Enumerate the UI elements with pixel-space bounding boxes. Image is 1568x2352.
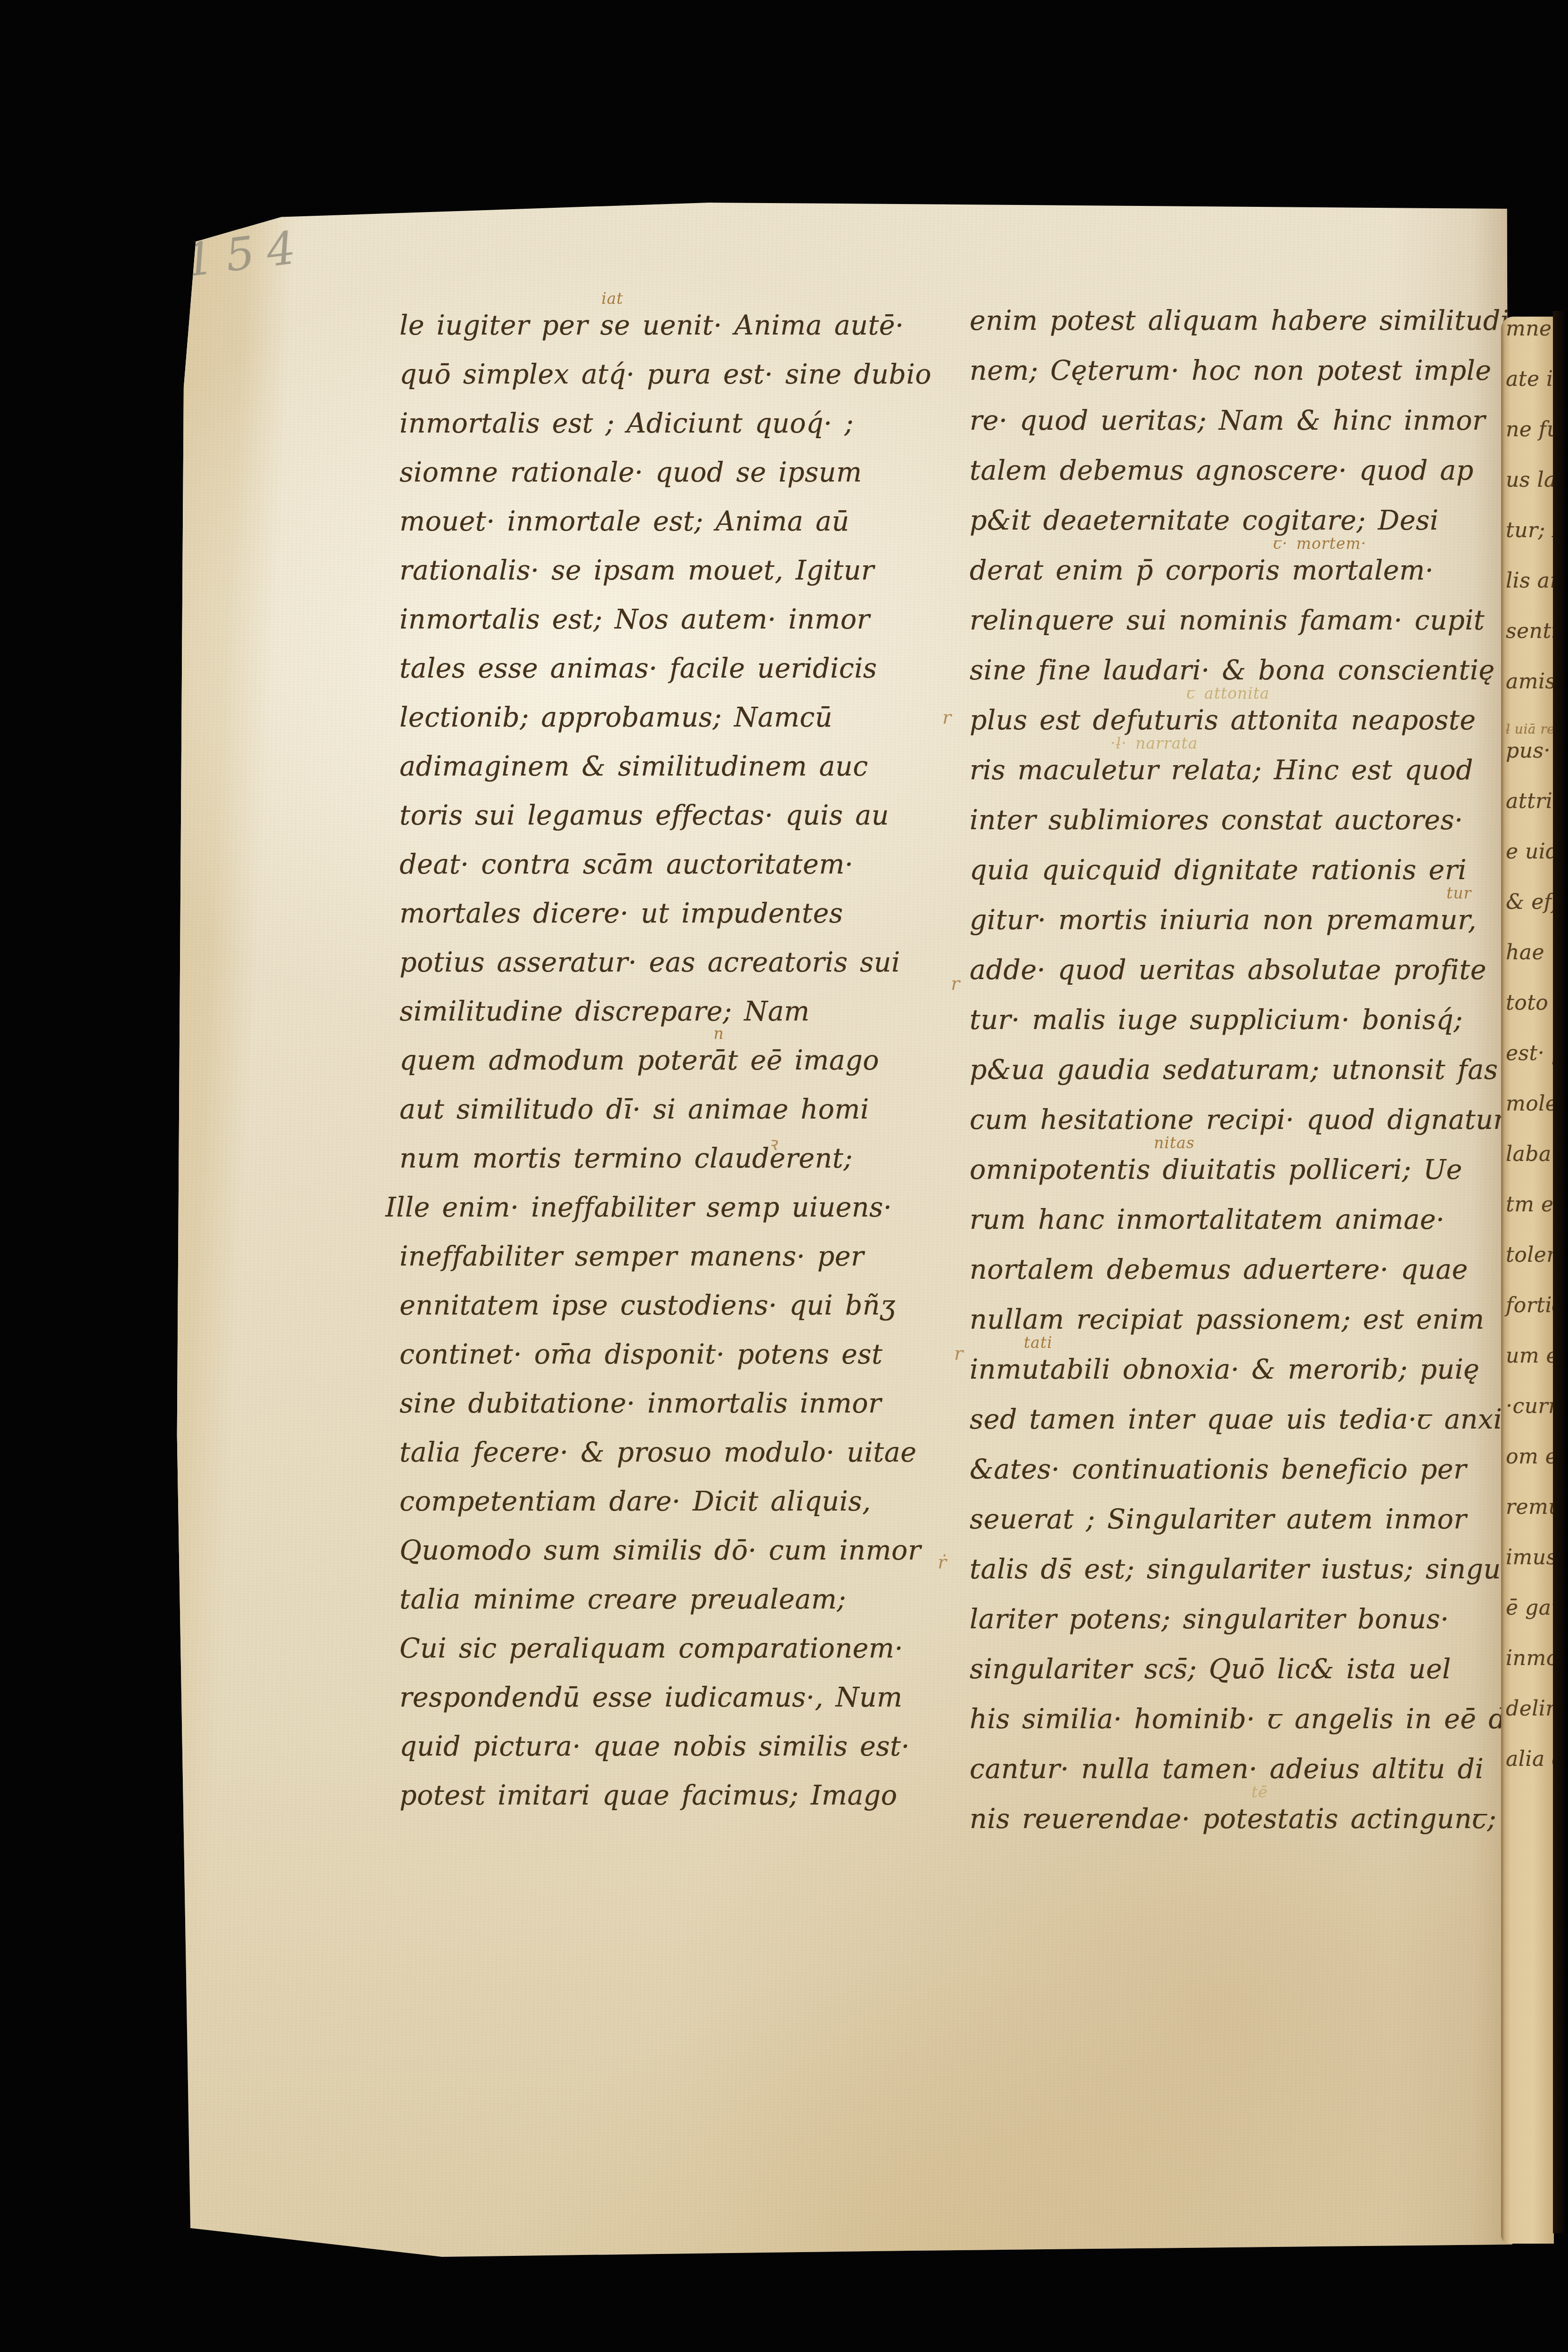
text-line: potius asseratur· eas acreatoris sui bbox=[400, 947, 960, 996]
corrector-mark: r bbox=[954, 1343, 963, 1364]
text-line: competentiam dare· Dicit aliquis, bbox=[400, 1486, 960, 1535]
interlinear-gloss: tē bbox=[1251, 1783, 1268, 1801]
text-line: sine dubitatione· inmortalis inmor bbox=[400, 1388, 960, 1437]
text-line: his similia· hominib· ꞇ angelis in eē di bbox=[970, 1704, 1511, 1754]
facing-page-text-fragment: ate il bbox=[1501, 367, 1554, 417]
facing-page-text-fragment: hae bbox=[1501, 940, 1554, 991]
facing-page-text-fragment: e uide bbox=[1501, 840, 1554, 890]
text-line: le iugiter per se uenit· Anima autē·iat bbox=[400, 310, 960, 359]
text-line: gitur· mortis iniuria non premamur,tur bbox=[970, 905, 1511, 955]
facing-page-text-fragment: us larg bbox=[1501, 468, 1554, 518]
text-line: talis ds̄ est; singulariter iustus; sing… bbox=[970, 1554, 1511, 1604]
facing-page-text-fragment: alia ob bbox=[1501, 1747, 1554, 1797]
facing-page-text-fragment: pus· sec bbox=[1501, 739, 1554, 789]
text-line: inmortalis est ; Adiciunt quoq́· ; bbox=[400, 408, 960, 457]
facing-page-text-fragment: tur; N bbox=[1501, 518, 1554, 569]
text-line: ris maculetur relata; Hinc est quod·ƚ· n… bbox=[970, 755, 1511, 805]
text-line: quō simplex atq́· pura est· sine dubio bbox=[400, 359, 960, 408]
text-line: rum hanc inmortalitatem animae· bbox=[970, 1204, 1511, 1254]
pencil-folio-number: 154 bbox=[182, 220, 310, 287]
text-line: re· quod ueritas; Nam & hinc inmor bbox=[970, 405, 1511, 455]
text-line: lectionib; approbamus; Namcū bbox=[400, 702, 960, 751]
interlinear-gloss: ꞇ· mortem· bbox=[1273, 534, 1366, 553]
text-line: similitudine discrepare; Nam bbox=[400, 996, 960, 1045]
text-line: quia quicquid dignitate rationis eri bbox=[970, 855, 1511, 905]
text-line: singulariter scs̄; Quō lic& ista uel bbox=[970, 1654, 1511, 1704]
facing-page-text-fragment: delina bbox=[1501, 1697, 1554, 1747]
interlinear-gloss: ·ƚ· narrata bbox=[1111, 734, 1198, 752]
facing-page-text-fragment: inmor bbox=[1501, 1646, 1554, 1697]
facing-page-text-fragment: est· pur bbox=[1501, 1041, 1554, 1092]
text-line: adde· quod ueritas absolutae profite bbox=[970, 955, 1511, 1004]
interlinear-gloss: iat bbox=[601, 289, 623, 308]
interlinear-gloss: tur bbox=[1446, 884, 1471, 902]
facing-page-text-fragment: imus , bbox=[1501, 1545, 1554, 1596]
text-column-left: le iugiter per se uenit· Anima autē·iatq… bbox=[400, 310, 960, 1829]
facing-page-text-fragment: & effi bbox=[1501, 890, 1554, 940]
text-line: Ille enim· ineffabiliter semp uiuens· bbox=[400, 1192, 960, 1241]
text-line: seuerat ; Singulariter autem inmor bbox=[970, 1504, 1511, 1554]
text-line: cum hesitatione recipi· quod dignatur bbox=[970, 1104, 1511, 1154]
text-line: quem admodum poterāt eē imagon bbox=[400, 1045, 960, 1094]
manuscript-page: 154 le iugiter per se uenit· Anima autē·… bbox=[174, 203, 1512, 2257]
text-line: tur· malis iuge supplicium· bonisq́; bbox=[970, 1004, 1511, 1054]
facing-page-text-fragment: sentiatu bbox=[1501, 619, 1554, 670]
text-line: inter sublimiores constat auctores· bbox=[970, 805, 1511, 855]
text-line: toris sui legamus effectas· quis au bbox=[400, 800, 960, 849]
text-line: nem; Cęterum· hoc non potest imple bbox=[970, 355, 1511, 405]
facing-page-text-fragment: laba em bbox=[1501, 1142, 1554, 1192]
facing-page-text-fragment: om es bbox=[1501, 1445, 1554, 1495]
text-line: nortalem debemus aduertere· quae bbox=[970, 1254, 1511, 1304]
facing-page-text-fragment: attribu bbox=[1501, 789, 1554, 840]
text-line: potest imitari quae facimus; Imago bbox=[400, 1780, 960, 1829]
text-line: num mortis termino clauderent; bbox=[400, 1143, 960, 1192]
text-line: quid pictura· quae nobis similis est· bbox=[400, 1731, 960, 1780]
corrector-mark: r bbox=[951, 973, 960, 995]
text-line: tales esse animas· facile ueridicis bbox=[400, 653, 960, 702]
text-line: cantur· nulla tamen· adeius altitu di bbox=[970, 1754, 1511, 1804]
text-line: p&ua gaudia sedaturam; utnonsit fas bbox=[970, 1054, 1511, 1104]
interlinear-gloss: ꞇ attonita bbox=[1186, 684, 1270, 702]
facing-page-text-fragment: um e bbox=[1501, 1344, 1554, 1394]
corrector-mark: ṙ bbox=[938, 1552, 947, 1573]
text-line: ineffabiliter semper manens· per bbox=[400, 1241, 960, 1290]
text-line: &ates· continuationis beneficio per bbox=[970, 1454, 1511, 1504]
text-line: ennitatem ipse custodiens· qui bñʒ bbox=[400, 1290, 960, 1339]
text-line: enim potest aliquam habere similitudi bbox=[970, 305, 1511, 355]
text-line: omnipotentis diuitatis polliceri; Uenita… bbox=[970, 1154, 1511, 1204]
text-line: sed tamen inter quae uis tedia·ꞇ anxi bbox=[970, 1404, 1511, 1454]
text-line: aut similitudo dī· si animae homi bbox=[400, 1094, 960, 1143]
text-line: nis reuerendae· potestatis actingunꞇ;tē bbox=[970, 1804, 1511, 1854]
text-line: relinquere sui nominis famam· cupit bbox=[970, 605, 1511, 655]
text-line: mortales dicere· ut impudentes bbox=[400, 898, 960, 947]
text-line: plus est defuturis attonita neaposteꞇ at… bbox=[970, 705, 1511, 755]
text-line: p&it deaeternitate cogitare; Desi bbox=[970, 505, 1511, 555]
facing-page-text-fragment: lis anim bbox=[1501, 569, 1554, 619]
text-line: respondendū esse iudicamus·, Num bbox=[400, 1682, 960, 1731]
facing-page-text-fragment: tolera· bbox=[1501, 1243, 1554, 1293]
text-line: derat enim p̄ corporis mortalem·ꞇ· morte… bbox=[970, 555, 1511, 605]
text-line: mouet· inmortale est; Anima aū bbox=[400, 506, 960, 555]
facing-page-text-fragment: fortid bbox=[1501, 1293, 1554, 1344]
facing-page-text-fragment: mne bbox=[1501, 317, 1554, 367]
next-page-sliver: mneate ilne furus largtur; Nlis animsent… bbox=[1501, 317, 1554, 2244]
book-fore-edge bbox=[1553, 311, 1568, 2233]
facing-page-text-fragment: amissio bbox=[1501, 670, 1554, 720]
facing-page-text-fragment: ne fur bbox=[1501, 417, 1554, 468]
text-line: adimaginem & similitudinem auc bbox=[400, 751, 960, 800]
facing-page-text-fragment: remu bbox=[1501, 1495, 1554, 1545]
text-column-right: enim potest aliquam habere similitudinem… bbox=[970, 305, 1511, 1854]
text-line: continet· om̄a disponit· potens est bbox=[400, 1339, 960, 1388]
text-line: siomne rationale· quod se ipsum bbox=[400, 457, 960, 506]
text-line: inmutabili obnoxia· & merorib; puiętati bbox=[970, 1354, 1511, 1404]
corrector-mark: ꝛ bbox=[768, 1130, 777, 1156]
corrector-mark: r bbox=[942, 707, 951, 728]
facing-page-text-fragment: mole b bbox=[1501, 1092, 1554, 1142]
facing-page-text-fragment: toto t bbox=[1501, 991, 1554, 1041]
text-line: rationalis· se ipsam mouet, Igitur bbox=[400, 555, 960, 604]
text-line: talem debemus agnoscere· quod ap bbox=[970, 455, 1511, 505]
interlinear-gloss: nitas bbox=[1154, 1134, 1195, 1152]
text-line: deat· contra scām auctoritatem· bbox=[400, 849, 960, 898]
text-line: talia minime creare preualeam; bbox=[400, 1584, 960, 1633]
facing-page-text-fragment: ē gau bbox=[1501, 1596, 1554, 1646]
text-line: talia fecere· & prosuo modulo· uitae bbox=[400, 1437, 960, 1486]
facing-page-text-fragment: ·curri bbox=[1501, 1394, 1554, 1445]
text-line: Cui sic peraliquam comparationem· bbox=[400, 1633, 960, 1682]
text-line: Quomodo sum similis dō· cum inmor bbox=[400, 1535, 960, 1584]
text-line: inmortalis est; Nos autem· inmor bbox=[400, 604, 960, 653]
text-line: lariter potens; singulariter bonus· bbox=[970, 1604, 1511, 1654]
facing-page-gloss-fragment: ƚ uiā rep bbox=[1501, 720, 1554, 739]
interlinear-gloss: tati bbox=[1024, 1333, 1053, 1352]
facing-page-text-fragment: tm est· bbox=[1501, 1192, 1554, 1243]
interlinear-gloss: n bbox=[713, 1024, 724, 1043]
